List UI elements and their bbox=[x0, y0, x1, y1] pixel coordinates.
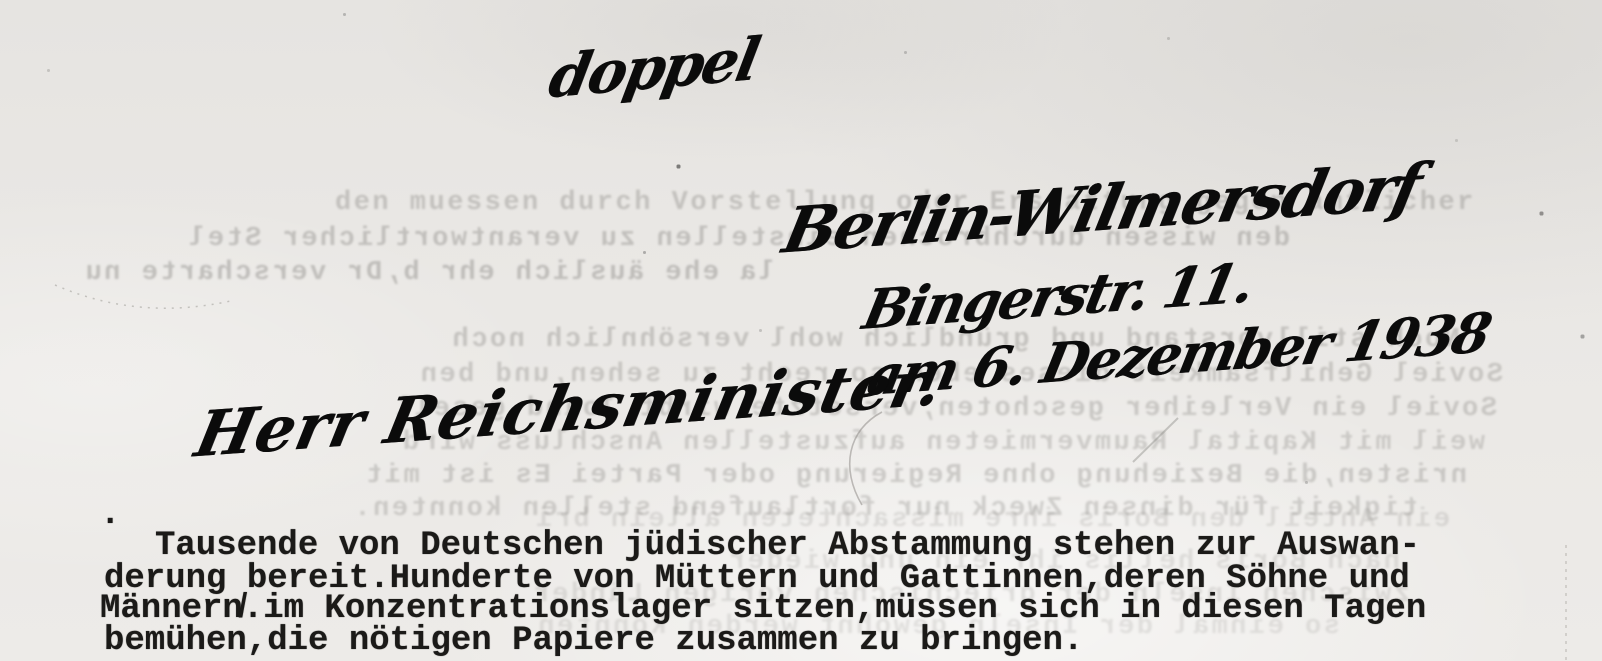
typed-line: Männern̸.im Konzentrationslager sitzen,m… bbox=[100, 592, 1426, 626]
handwritten-copy-note: doppel bbox=[544, 24, 764, 112]
typed-line: bemühen,die nötigen Papiere zusammen zu … bbox=[104, 624, 1083, 658]
typed-line: Tausende von Deutschen jüdischer Abstamm… bbox=[155, 529, 1420, 563]
margin-dot: . bbox=[100, 498, 120, 532]
ghost-line: la ehe äuslich ehr b,Dr verscharte nur,n… bbox=[85, 258, 775, 288]
dotted-crease bbox=[55, 285, 235, 308]
pencil-arc bbox=[850, 412, 882, 505]
ink-specks bbox=[0, 0, 1, 1]
scanned-letter-page: den muessen durch Vorstellung oder Ersta… bbox=[0, 0, 1602, 661]
